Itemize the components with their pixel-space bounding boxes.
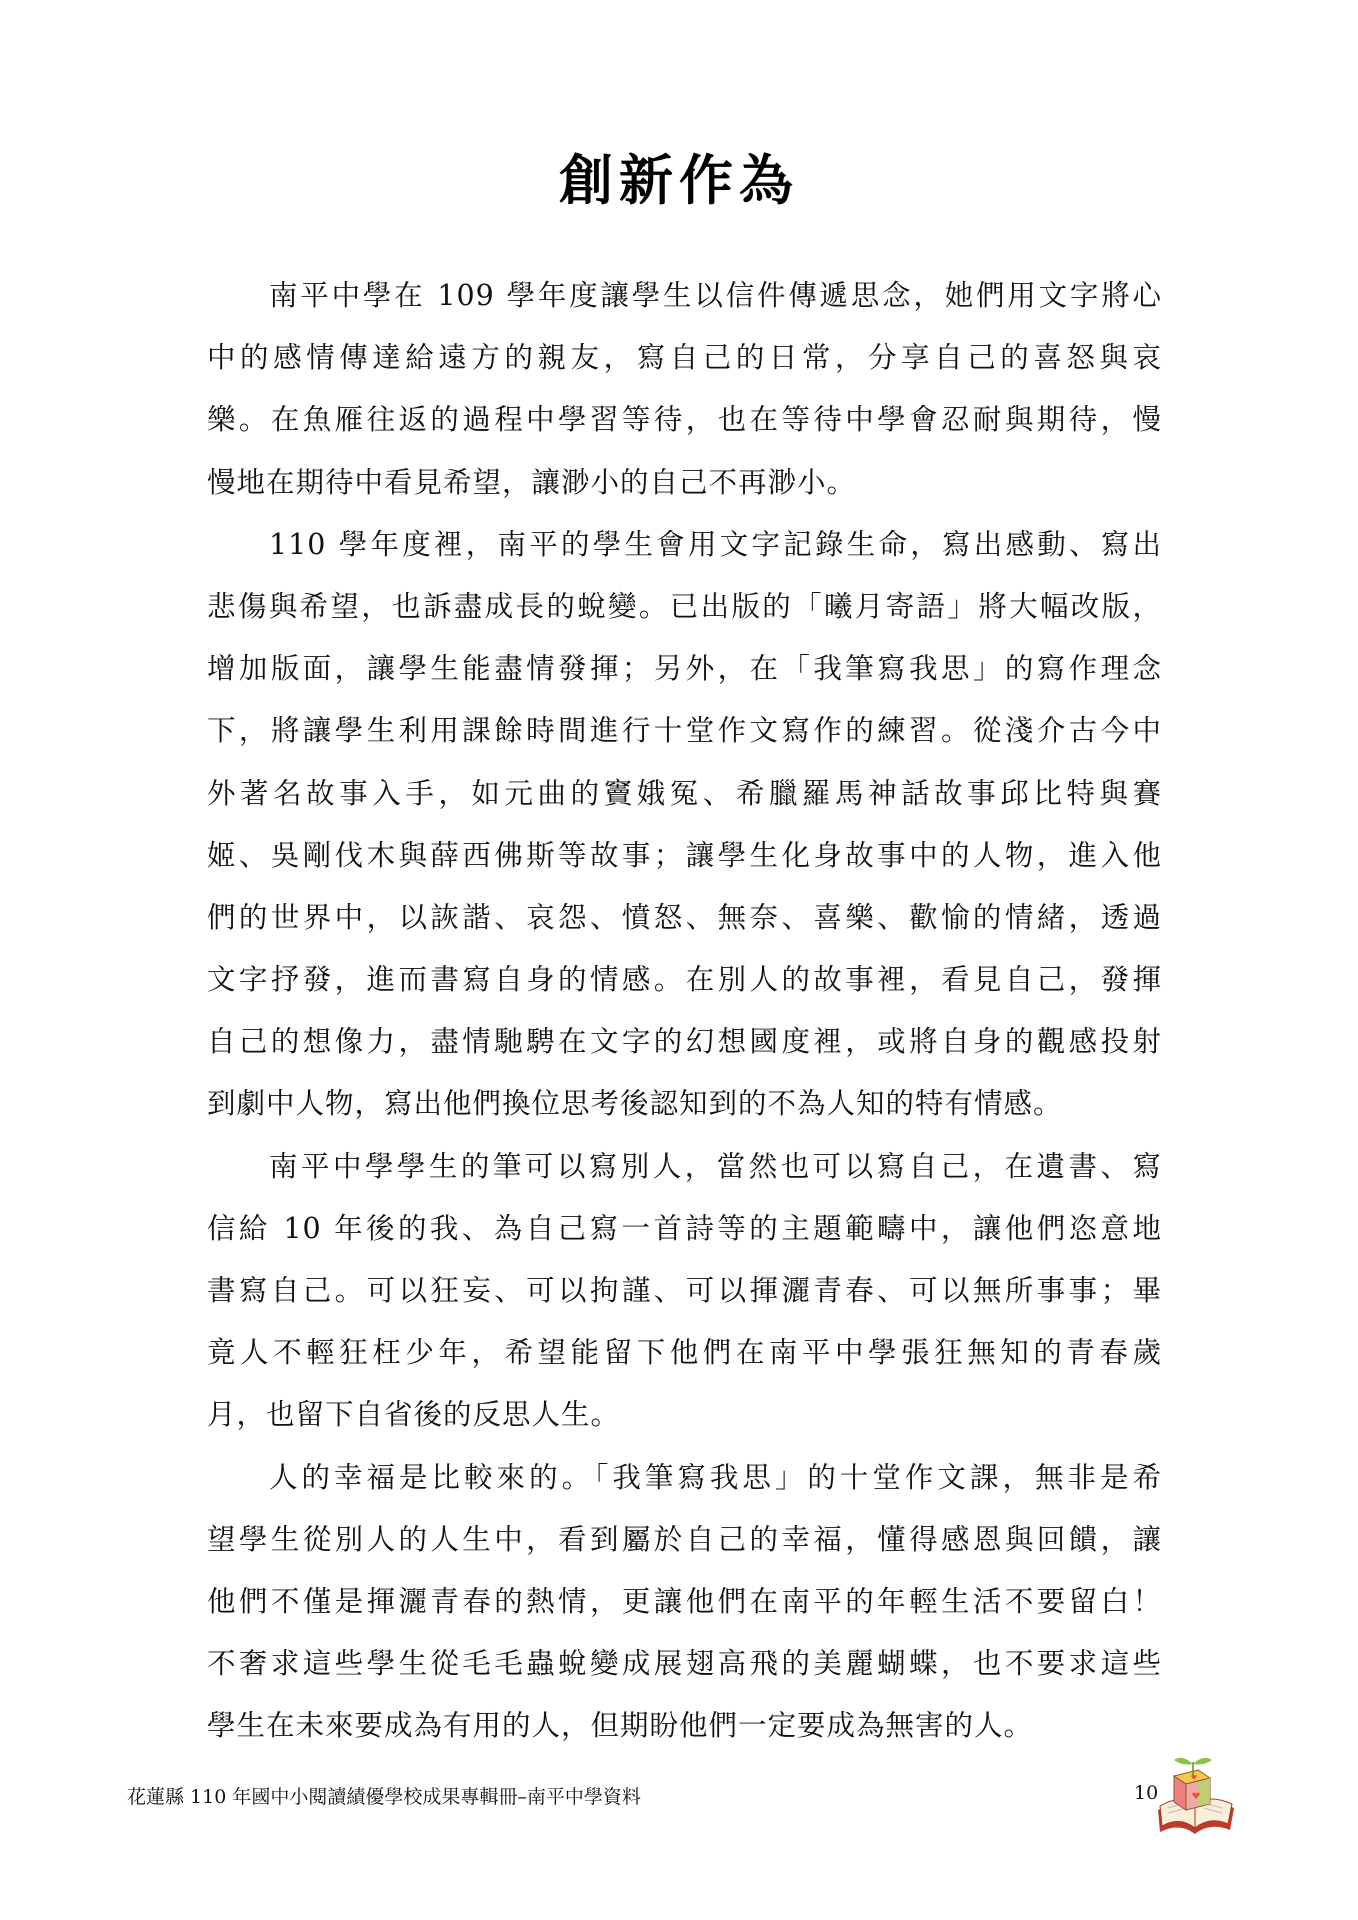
text-line: 樂。在魚雁往返的過程中學習等待，也在等待中學會忍耐與期待，慢 [207, 389, 1162, 451]
text-line: 信給 10 年後的我、為自己寫一首詩等的主題範疇中，讓他們恣意地 [207, 1198, 1162, 1260]
text-line: 慢地在期待中看見希望，讓渺小的自己不再渺小。 [207, 452, 1162, 514]
text-line: 他們不僅是揮灑青春的熱情，更讓他們在南平的年輕生活不要留白！ [207, 1571, 1162, 1633]
page-footer: 花蓮縣 110 年國中小閱讀績優學校成果專輯冊–南平中學資料 [127, 1782, 641, 1809]
document-body: 南平中學在 109 學年度讓學生以信件傳遞思念，她們用文字將心 中的感情傳達給遠… [207, 265, 1162, 1758]
text-line: 到劇中人物，寫出他們換位思考後認知到的不為人知的特有情感。 [207, 1073, 1162, 1135]
text-line: 月，也留下自省後的反思人生。 [207, 1384, 1162, 1446]
text-line: 外著名故事入手，如元曲的竇娥冤、希臘羅馬神話故事邱比特與賽 [207, 763, 1162, 825]
text-line: 不奢求這些學生從毛毛蟲蛻變成展翅高飛的美麗蝴蝶，也不要求這些 [207, 1633, 1162, 1695]
text-line: 南平中學學生的筆可以寫別人，當然也可以寫自己，在遺書、寫 [207, 1136, 1162, 1198]
text-line: 學生在未來要成為有用的人，但期盼他們一定要成為無害的人。 [207, 1695, 1162, 1757]
text-line: 文字抒發，進而書寫自身的情感。在別人的故事裡，看見自己，發揮 [207, 949, 1162, 1011]
book-apple-sprout-icon [1150, 1748, 1240, 1848]
text-line: 南平中學在 109 學年度讓學生以信件傳遞思念，她們用文字將心 [207, 265, 1162, 327]
text-line: 姬、吳剛伐木與薛西佛斯等故事；讓學生化身故事中的人物，進入他 [207, 825, 1162, 887]
text-line: 下，將讓學生利用課餘時間進行十堂作文寫作的練習。從淺介古今中 [207, 700, 1162, 762]
text-line: 竟人不輕狂枉少年，希望能留下他們在南平中學張狂無知的青春歲 [207, 1322, 1162, 1384]
text-line: 書寫自己。可以狂妄、可以拘謹、可以揮灑青春、可以無所事事；畢 [207, 1260, 1162, 1322]
text-line: 增加版面，讓學生能盡情發揮；另外，在「我筆寫我思」的寫作理念 [207, 638, 1162, 700]
text-line: 望學生從別人的人生中，看到屬於自己的幸福，懂得感恩與回饋，讓 [207, 1509, 1162, 1571]
text-line: 自己的想像力，盡情馳騁在文字的幻想國度裡，或將自身的觀感投射 [207, 1011, 1162, 1073]
page-title: 創新作為 [0, 138, 1358, 215]
text-line: 中的感情傳達給遠方的親友，寫自己的日常，分享自己的喜怒與哀 [207, 327, 1162, 389]
text-line: 們的世界中，以詼諧、哀怨、憤怒、無奈、喜樂、歡愉的情緒，透過 [207, 887, 1162, 949]
text-line: 悲傷與希望，也訴盡成長的蛻變。已出版的「曦月寄語」將大幅改版， [207, 576, 1162, 638]
text-line: 110 學年度裡，南平的學生會用文字記錄生命，寫出感動、寫出 [207, 514, 1162, 576]
text-line: 人的幸福是比較來的。「我筆寫我思」的十堂作文課，無非是希 [207, 1447, 1162, 1509]
